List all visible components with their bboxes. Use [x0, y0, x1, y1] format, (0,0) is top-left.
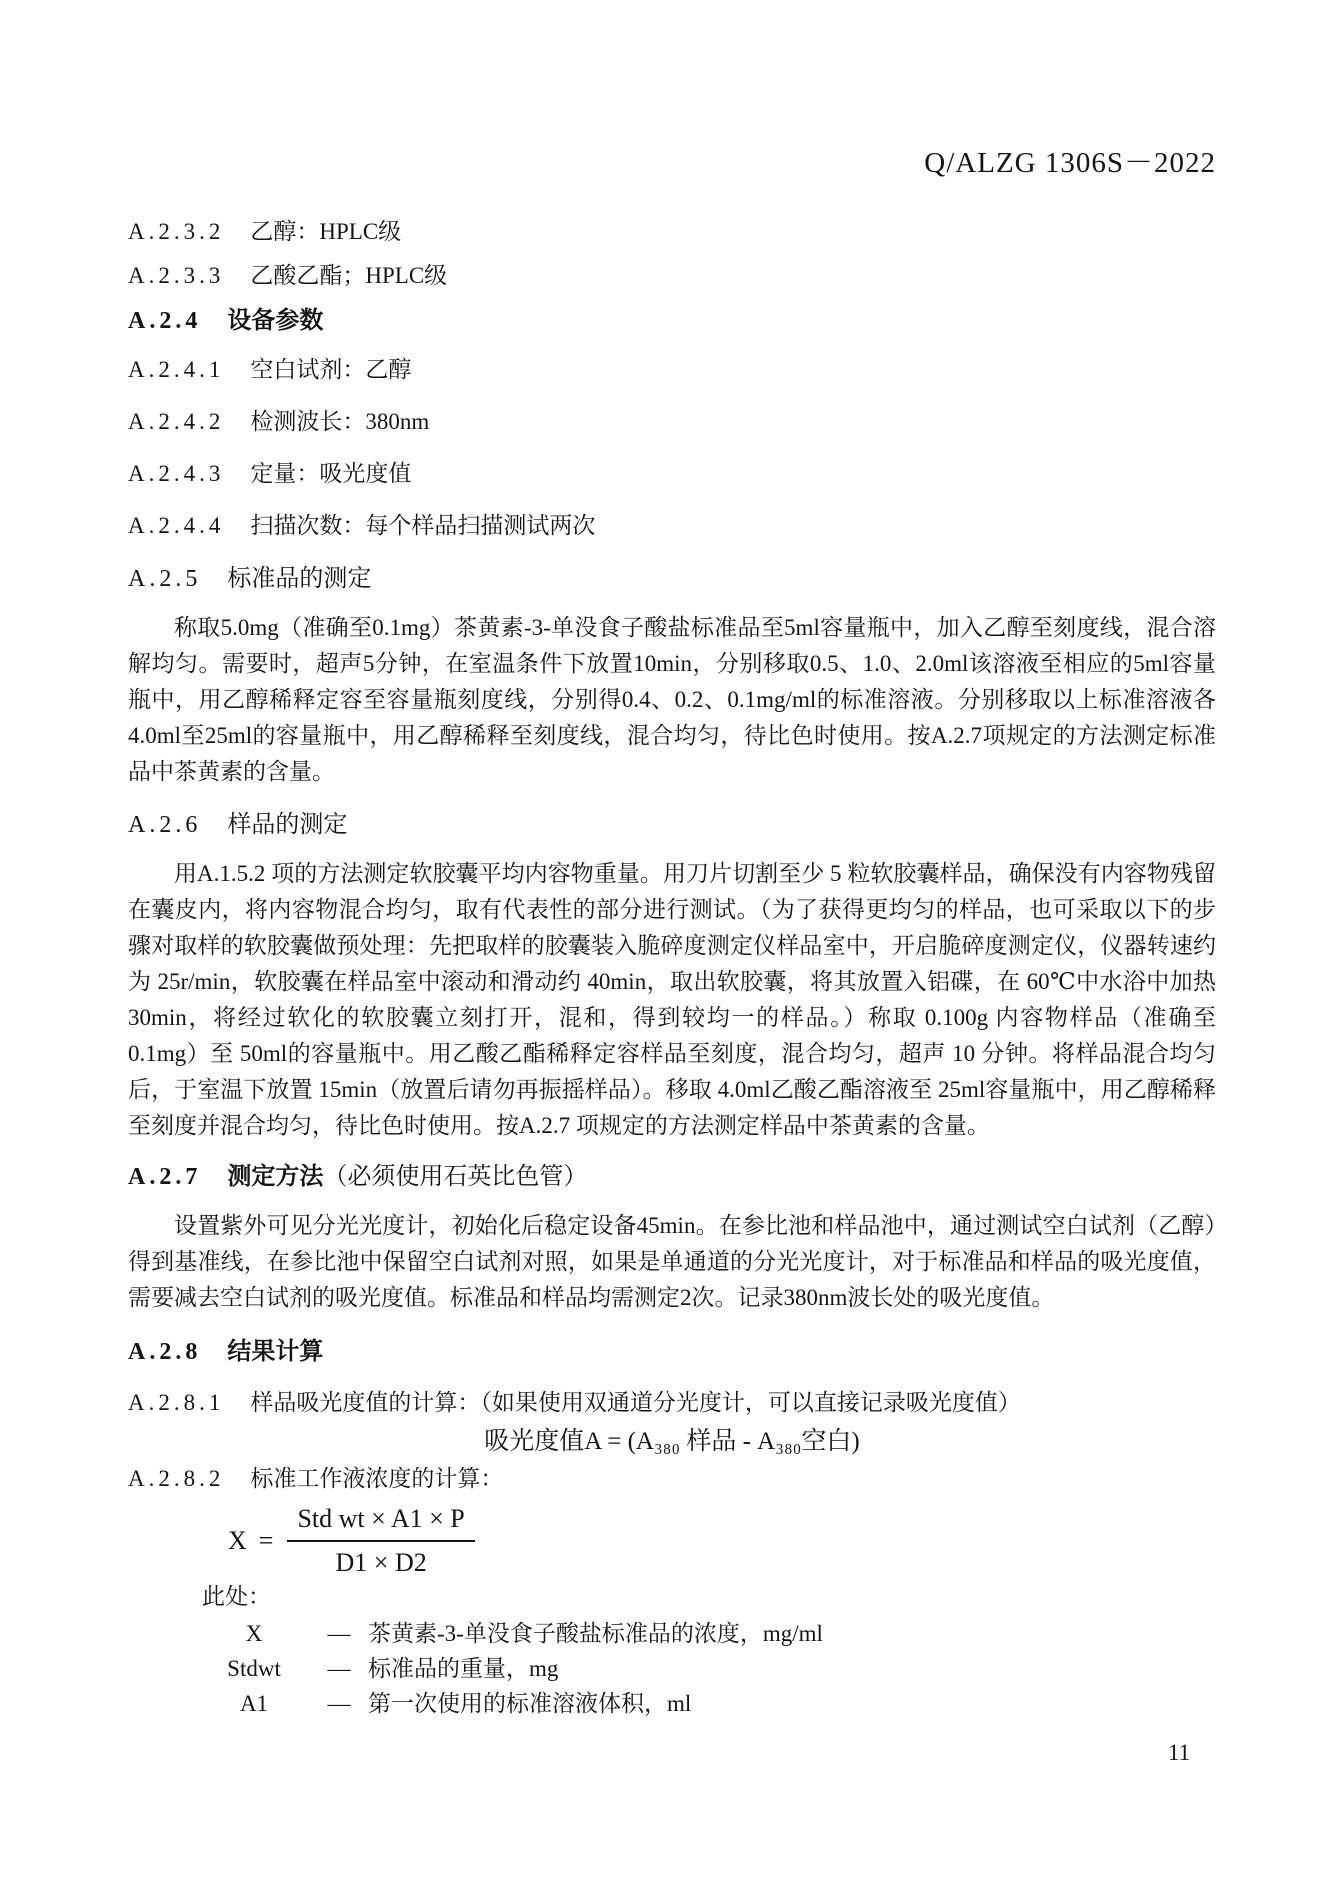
clause-a2-4-4-text: 扫描次数：每个样品扫描测试两次 [250, 513, 595, 538]
clause-a2-4-4-label: A.2.4.4 [128, 513, 224, 538]
clause-a2-3-2-label: A.2.3.2 [128, 219, 224, 244]
where-label: 此处： [202, 1581, 1216, 1613]
clause-a2-8-1-text: 样品吸光度值的计算：（如果使用双通道分光度计，可以直接记录吸光度值） [250, 1390, 1021, 1415]
heading-a2-5-label: A.2.5 [128, 566, 201, 592]
heading-a2-8-label: A.2.8 [128, 1339, 201, 1365]
clause-a2-3-3: A.2.3.3乙酸乙酯；HPLC级 [128, 260, 1216, 292]
formula-equals-sign: = [259, 1526, 274, 1556]
formula-lhs: X [228, 1526, 247, 1556]
heading-a2-6-label: A.2.6 [128, 812, 201, 838]
standard-number-header: Q/ALZG 1306S－2022 [128, 0, 1216, 180]
clause-a2-8-2: A.2.8.2标准工作液浓度的计算： [128, 1463, 1216, 1495]
clause-a2-4-1: A.2.4.1空白试剂：乙醇 [128, 354, 1216, 386]
heading-a2-7-title-suffix: （必须使用石英比色管） [323, 1164, 587, 1190]
definition-description: 标准品的重量，mg [368, 1651, 1216, 1686]
heading-a2-4: A.2.4设备参数 [128, 304, 1216, 338]
page-content: Q/ALZG 1306S－2022 A.2.3.2乙醇：HPLC级 A.2.3.… [0, 0, 1344, 1721]
definition-dash: — [310, 1686, 368, 1721]
formula-fraction: Std wt × A1 × P D1 × D2 [287, 1503, 474, 1579]
clause-a2-4-2-label: A.2.4.2 [128, 409, 224, 434]
clause-a2-4-2-text: 检测波长：380nm [250, 409, 429, 434]
definition-row-a1: A1 — 第一次使用的标准溶液体积，ml [128, 1686, 1216, 1721]
definition-row-stdwt: Stdwt — 标准品的重量，mg [128, 1651, 1216, 1686]
heading-a2-7: A.2.7测定方法（必须使用石英比色管） [128, 1160, 1216, 1194]
clause-a2-8-1: A.2.8.1样品吸光度值的计算：（如果使用双通道分光度计，可以直接记录吸光度值… [128, 1387, 1216, 1419]
definition-description: 第一次使用的标准溶液体积，ml [368, 1686, 1216, 1721]
clause-a2-3-2-text: 乙醇：HPLC级 [250, 219, 401, 244]
clause-a2-3-3-text: 乙酸乙酯；HPLC级 [250, 263, 447, 288]
clause-a2-3-3-label: A.2.3.3 [128, 263, 224, 288]
clause-a2-8-2-label: A.2.8.2 [128, 1466, 224, 1491]
heading-a2-6: A.2.6样品的测定 [128, 808, 1216, 842]
paragraph-measurement-method: 设置紫外可见分光光度计，初始化后稳定设备45min。在参比池和样品池中，通过测试… [128, 1208, 1216, 1316]
heading-a2-5: A.2.5标准品的测定 [128, 562, 1216, 596]
heading-a2-7-title: 测定方法 [227, 1164, 323, 1190]
definition-term: Stdwt [198, 1651, 310, 1686]
paragraph-sample-determination: 用A.1.5.2 项的方法测定软胶囊平均内容物重量。用刀片切割至少 5 粒软胶囊… [128, 856, 1216, 1144]
heading-a2-5-title: 标准品的测定 [227, 566, 371, 592]
heading-a2-6-title: 样品的测定 [227, 812, 347, 838]
clause-a2-4-1-text: 空白试剂：乙醇 [250, 357, 411, 382]
definition-term: X [198, 1616, 310, 1651]
formula-denominator: D1 × D2 [287, 1542, 474, 1579]
formula-numerator: Std wt × A1 × P [287, 1503, 474, 1542]
heading-a2-7-label: A.2.7 [128, 1164, 201, 1190]
concentration-formula: X = Std wt × A1 × P D1 × D2 [228, 1503, 1216, 1579]
heading-a2-8: A.2.8结果计算 [128, 1335, 1216, 1369]
clause-a2-3-2: A.2.3.2乙醇：HPLC级 [128, 216, 1216, 248]
heading-a2-4-title: 设备参数 [227, 308, 323, 334]
page-number: 11 [1168, 1740, 1190, 1766]
clause-a2-4-3-label: A.2.4.3 [128, 461, 224, 486]
heading-a2-8-title: 结果计算 [227, 1339, 323, 1365]
definition-dash: — [310, 1651, 368, 1686]
definition-term: A1 [198, 1686, 310, 1721]
definition-row-x: X — 茶黄素-3-单没食子酸盐标准品的浓度，mg/ml [128, 1616, 1216, 1651]
absorbance-formula: 吸光度值A = (A₃₈₀ 样品 - A₃₈₀空白) [128, 1425, 1216, 1459]
clause-a2-4-1-label: A.2.4.1 [128, 357, 224, 382]
document-page: Q/ALZG 1306S－2022 A.2.3.2乙醇：HPLC级 A.2.3.… [0, 0, 1344, 1900]
clause-a2-4-2: A.2.4.2检测波长：380nm [128, 406, 1216, 438]
clause-a2-4-3: A.2.4.3定量：吸光度值 [128, 458, 1216, 490]
definition-description: 茶黄素-3-单没食子酸盐标准品的浓度，mg/ml [368, 1616, 1216, 1651]
heading-a2-4-label: A.2.4 [128, 308, 201, 334]
definition-dash: — [310, 1616, 368, 1651]
paragraph-standard-determination: 称取5.0mg（准确至0.1mg）茶黄素-3-单没食子酸盐标准品至5ml容量瓶中… [128, 610, 1216, 790]
clause-a2-8-2-text: 标准工作液浓度的计算： [250, 1466, 503, 1491]
clause-a2-4-3-text: 定量：吸光度值 [250, 461, 411, 486]
clause-a2-8-1-label: A.2.8.1 [128, 1390, 224, 1415]
clause-a2-4-4: A.2.4.4扫描次数：每个样品扫描测试两次 [128, 510, 1216, 542]
